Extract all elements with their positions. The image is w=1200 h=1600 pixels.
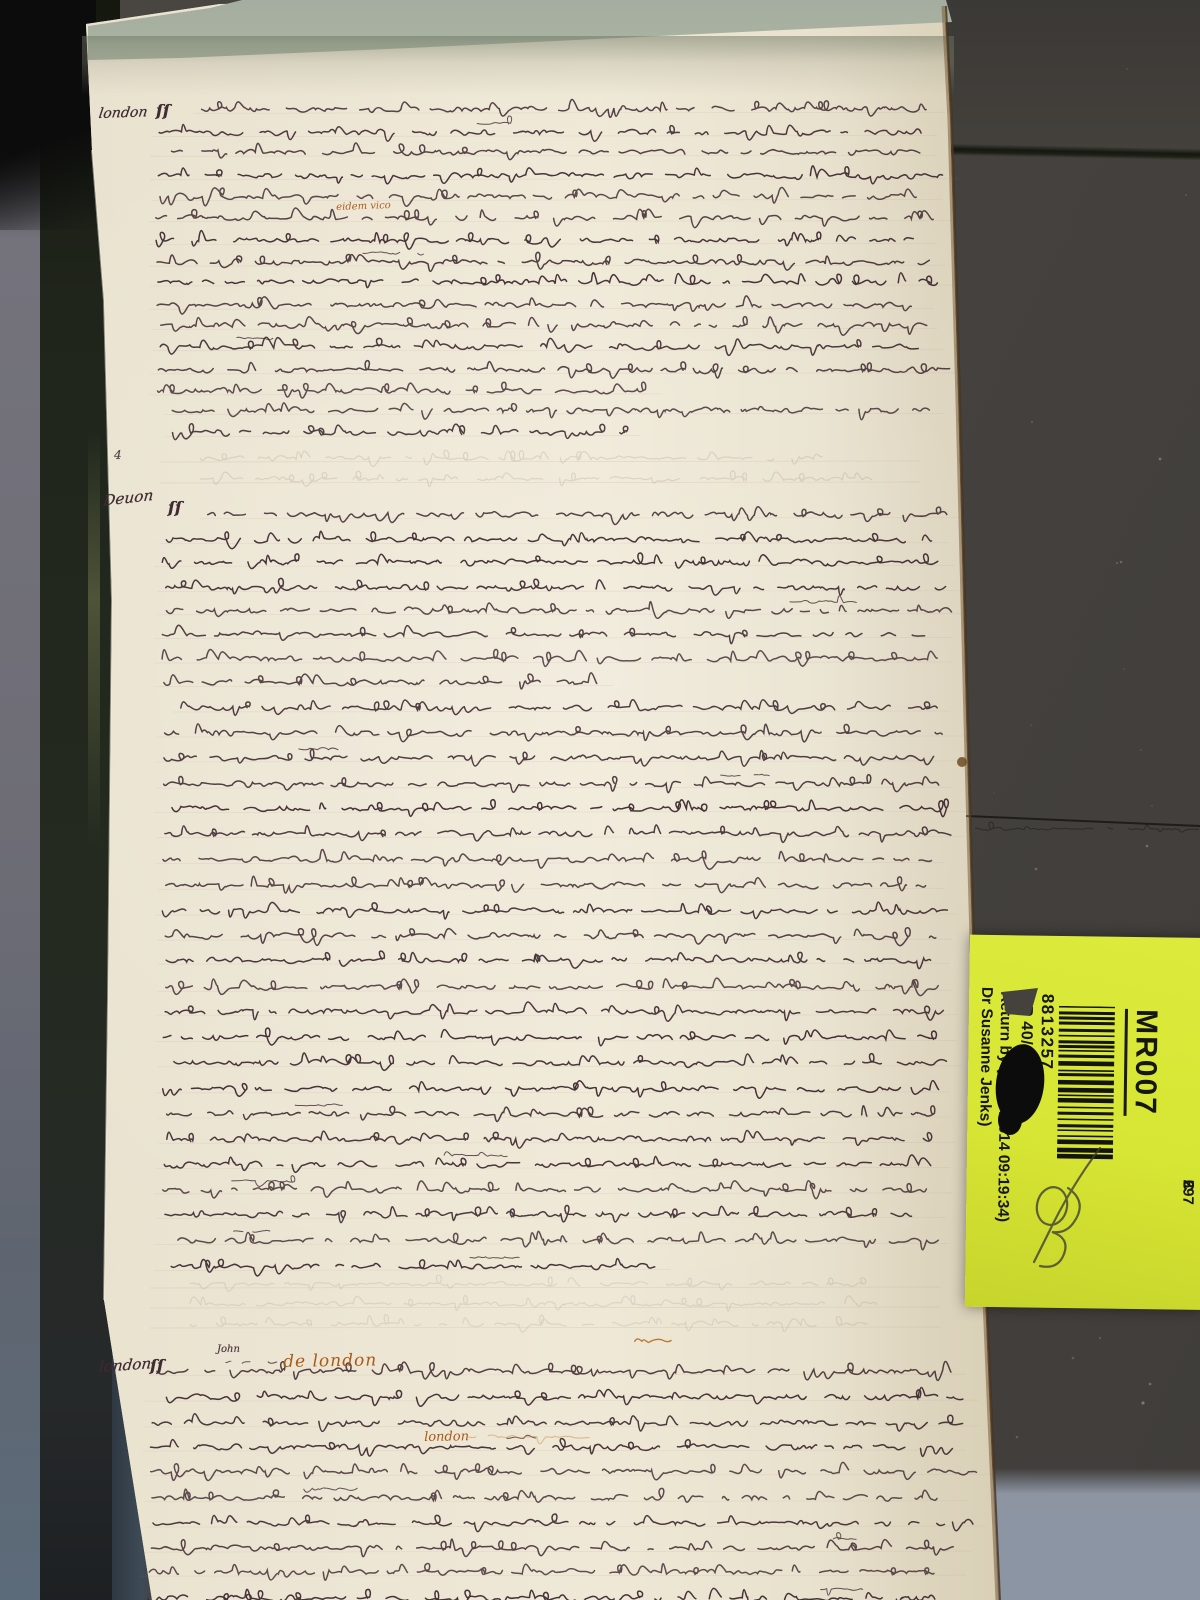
- location-line: 297: [1179, 1180, 1196, 1205]
- left-background-strip: [0, 0, 44, 1600]
- archive-label-rotation-wrap: MR007 5 C 297 8813257 CP 40/1567 Return …: [965, 935, 1200, 1310]
- location-block: 5 C 297: [1196, 1180, 1197, 1250]
- archive-label: MR007 5 C 297 8813257 CP 40/1567 Return …: [965, 935, 1200, 1310]
- rubric-de-london: de london: [283, 1350, 377, 1372]
- barcode-number: 8813257: [1036, 994, 1057, 1071]
- top-left-shadow: [0, 0, 96, 230]
- rubric-eidem-vico: eidem vico: [336, 200, 391, 213]
- barcode: [1057, 1006, 1115, 1161]
- document-reference: CP 40/1567: [1016, 993, 1035, 1082]
- paragraph-sign-1: ſſ: [156, 101, 170, 120]
- rubric-london-2: london: [424, 1429, 469, 1445]
- paragraph-sign-2: ſſ: [168, 498, 182, 517]
- return-by-date: Return by (13/06/2014 09:19:34): [993, 991, 1014, 1222]
- collection-code: MR007: [1124, 1009, 1163, 1116]
- binding-highlight: [88, 430, 100, 850]
- paragraph-sign-3: ſſ: [150, 1356, 164, 1375]
- parchment-membrane: [0, 0, 1200, 1600]
- margin-county-london-1: london: [98, 104, 149, 122]
- reader-name: Dr Susanne Jenks): [975, 987, 995, 1127]
- folio-mark: 4: [114, 448, 122, 462]
- interlineation-john: John: [217, 1344, 240, 1355]
- background-surface: [940, 0, 1200, 154]
- photograph-of-manuscript: london ſſ Deuon ſſ london ſſ 4 John eide…: [0, 0, 1200, 1600]
- membrane-top-shading: [82, 36, 954, 96]
- margin-county-london-2: london: [98, 1354, 152, 1376]
